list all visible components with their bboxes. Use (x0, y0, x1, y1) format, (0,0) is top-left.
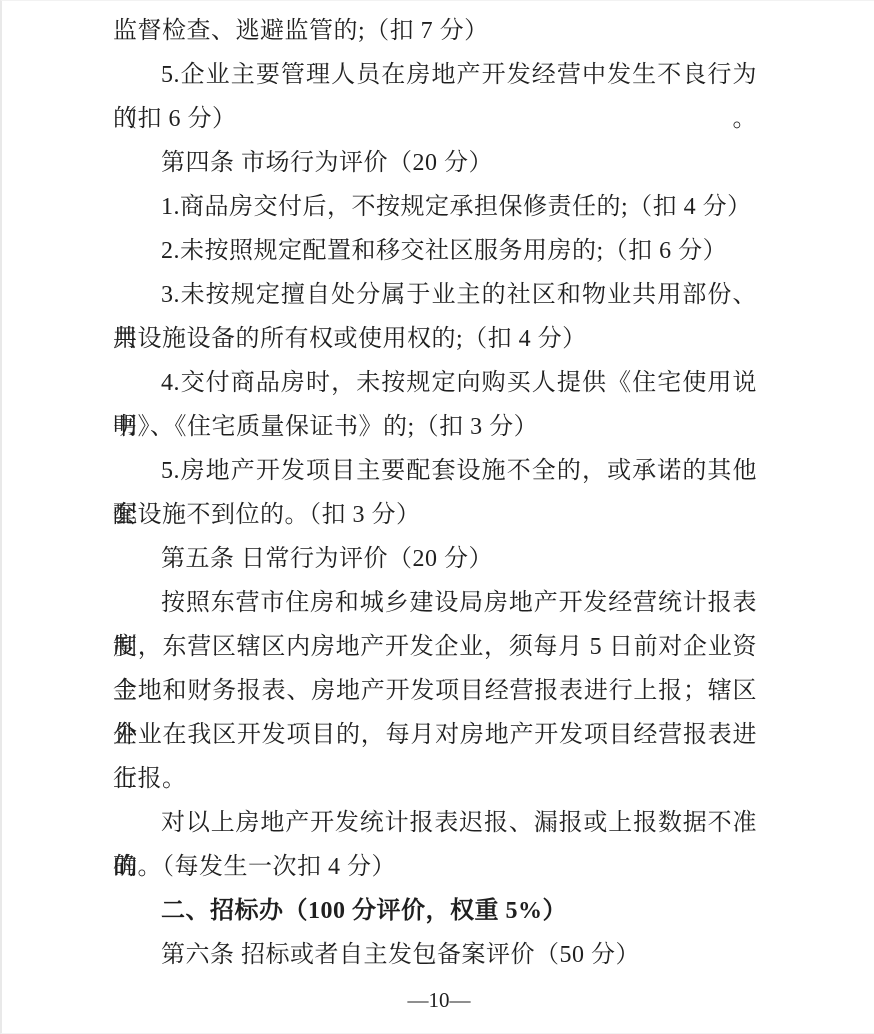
text-line: 二、招标办（100 分评价，权重 5%） (113, 889, 757, 933)
text-line: 1.商品房交付后，不按规定承担保修责任的;（扣 4 分） (113, 185, 757, 229)
page-footer: —10— (2, 978, 874, 1022)
document-text-body: 监督检查、逃避监管的;（扣 7 分）5.企业主要管理人员在房地产开发经营中发生不… (2, 1, 874, 977)
document-page: 监督检查、逃避监管的;（扣 7 分）5.企业主要管理人员在房地产开发经营中发生不… (0, 0, 874, 1034)
text-line: 5.房地产开发项目主要配套设施不全的，或承诺的其他配 (113, 449, 757, 493)
text-line: 土地和财务报表、房地产开发项目经营报表进行上报；辖区外 (113, 669, 757, 713)
text-line: 4.交付商品房时，未按规定向购买人提供《住宅使用说明 (113, 361, 757, 405)
text-line: 第六条 招标或者自主发包备案评价（50 分） (113, 933, 757, 977)
text-line: 监督检查、逃避监管的;（扣 7 分） (113, 9, 757, 53)
text-line: 用设施设备的所有权或使用权的;（扣 4 分） (113, 317, 757, 361)
text-line: 第五条 日常行为评价（20 分） (113, 537, 757, 581)
text-line: 2.未按照规定配置和移交社区服务用房的;（扣 6 分） (113, 229, 757, 273)
text-line: 书》、《住宅质量保证书》的;（扣 3 分） (113, 405, 757, 449)
text-line: 的。（每发生一次扣 4 分） (113, 845, 757, 889)
text-line: 3.未按规定擅自处分属于业主的社区和物业共用部份、共 (113, 273, 757, 317)
text-line: 度，东营区辖区内房地产开发企业，须每月 5 日前对企业资金 (113, 625, 757, 669)
text-line: 套设施不到位的。（扣 3 分） (113, 493, 757, 537)
page-number: —10— (408, 988, 471, 1012)
text-line: 对以上房地产开发统计报表迟报、漏报或上报数据不准确 (113, 801, 757, 845)
text-line: 5.企业主要管理人员在房地产开发经营中发生不良行为的。 (113, 53, 757, 97)
text-line: 按照东营市住房和城乡建设局房地产开发经营统计报表制 (113, 581, 757, 625)
text-line: 企业在我区开发项目的，每月对房地产开发项目经营报表进行 (113, 713, 757, 757)
text-line: 第四条 市场行为评价（20 分） (113, 141, 757, 185)
text-line: 上报。 (113, 757, 757, 801)
